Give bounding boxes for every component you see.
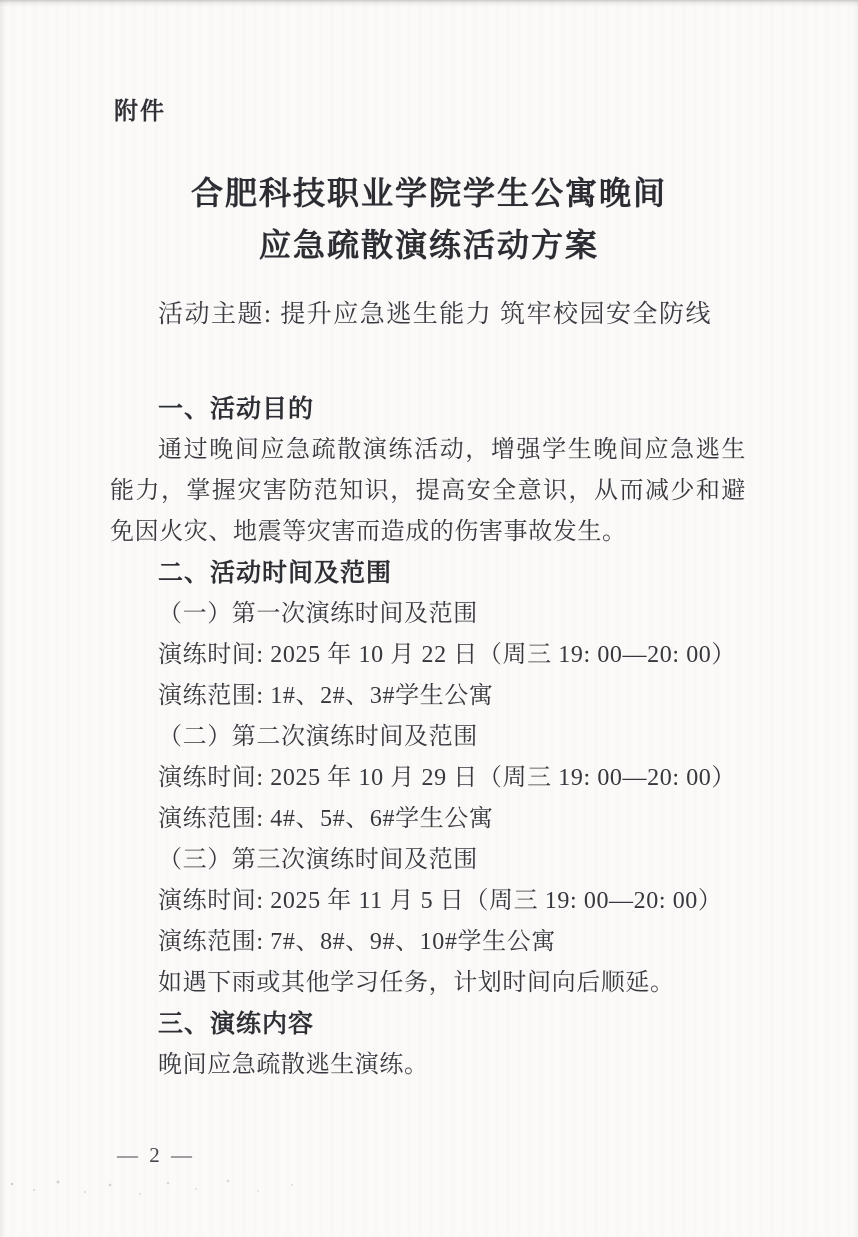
section-3-paragraph: 晚间应急疏散逃生演练。 — [110, 1045, 746, 1086]
drill-1-range: 演练范围: 1#、2#、3#学生公寓 — [110, 676, 746, 717]
attachment-label: 附件 — [114, 97, 166, 127]
drill-3-subheading: （三）第三次演练时间及范围 — [110, 840, 746, 881]
document-title-line-1: 合肥科技职业学院学生公寓晚间 — [0, 167, 858, 219]
drill-1-time: 演练时间: 2025 年 10 月 22 日（周三 19: 00—20: 00） — [110, 635, 746, 676]
page-number: — 2 — — [117, 1143, 195, 1168]
document-title-line-2: 应急疏散演练活动方案 — [0, 219, 858, 271]
document-title: 合肥科技职业学院学生公寓晚间 应急疏散演练活动方案 — [0, 167, 858, 271]
scanned-page: 附件 合肥科技职业学院学生公寓晚间 应急疏散演练活动方案 活动主题: 提升应急逃… — [0, 0, 858, 1237]
scan-noise-artifact — [0, 1176, 360, 1216]
drill-2-subheading: （二）第二次演练时间及范围 — [110, 717, 746, 758]
section-1-heading: 一、活动目的 — [110, 389, 746, 430]
drill-3-range: 演练范围: 7#、8#、9#、10#学生公寓 — [110, 922, 746, 963]
section-3-heading: 三、演练内容 — [110, 1004, 746, 1045]
weather-postpone-note: 如遇下雨或其他学习任务，计划时间向后顺延。 — [110, 963, 746, 1004]
drill-1-subheading: （一）第一次演练时间及范围 — [110, 594, 746, 635]
drill-2-range: 演练范围: 4#、5#、6#学生公寓 — [110, 799, 746, 840]
document-body: 一、活动目的 通过晚间应急疏散演练活动，增强学生晚间应急逃生能力，掌握灾害防范知… — [110, 389, 746, 1086]
section-1-paragraph: 通过晚间应急疏散演练活动，增强学生晚间应急逃生能力，掌握灾害防范知识，提高安全意… — [110, 430, 746, 553]
drill-3-time: 演练时间: 2025 年 11 月 5 日（周三 19: 00—20: 00） — [110, 881, 746, 922]
section-2-heading: 二、活动时间及范围 — [110, 553, 746, 594]
activity-theme: 活动主题: 提升应急逃生能力 筑牢校园安全防线 — [158, 298, 712, 332]
drill-2-time: 演练时间: 2025 年 10 月 29 日（周三 19: 00—20: 00） — [110, 758, 746, 799]
